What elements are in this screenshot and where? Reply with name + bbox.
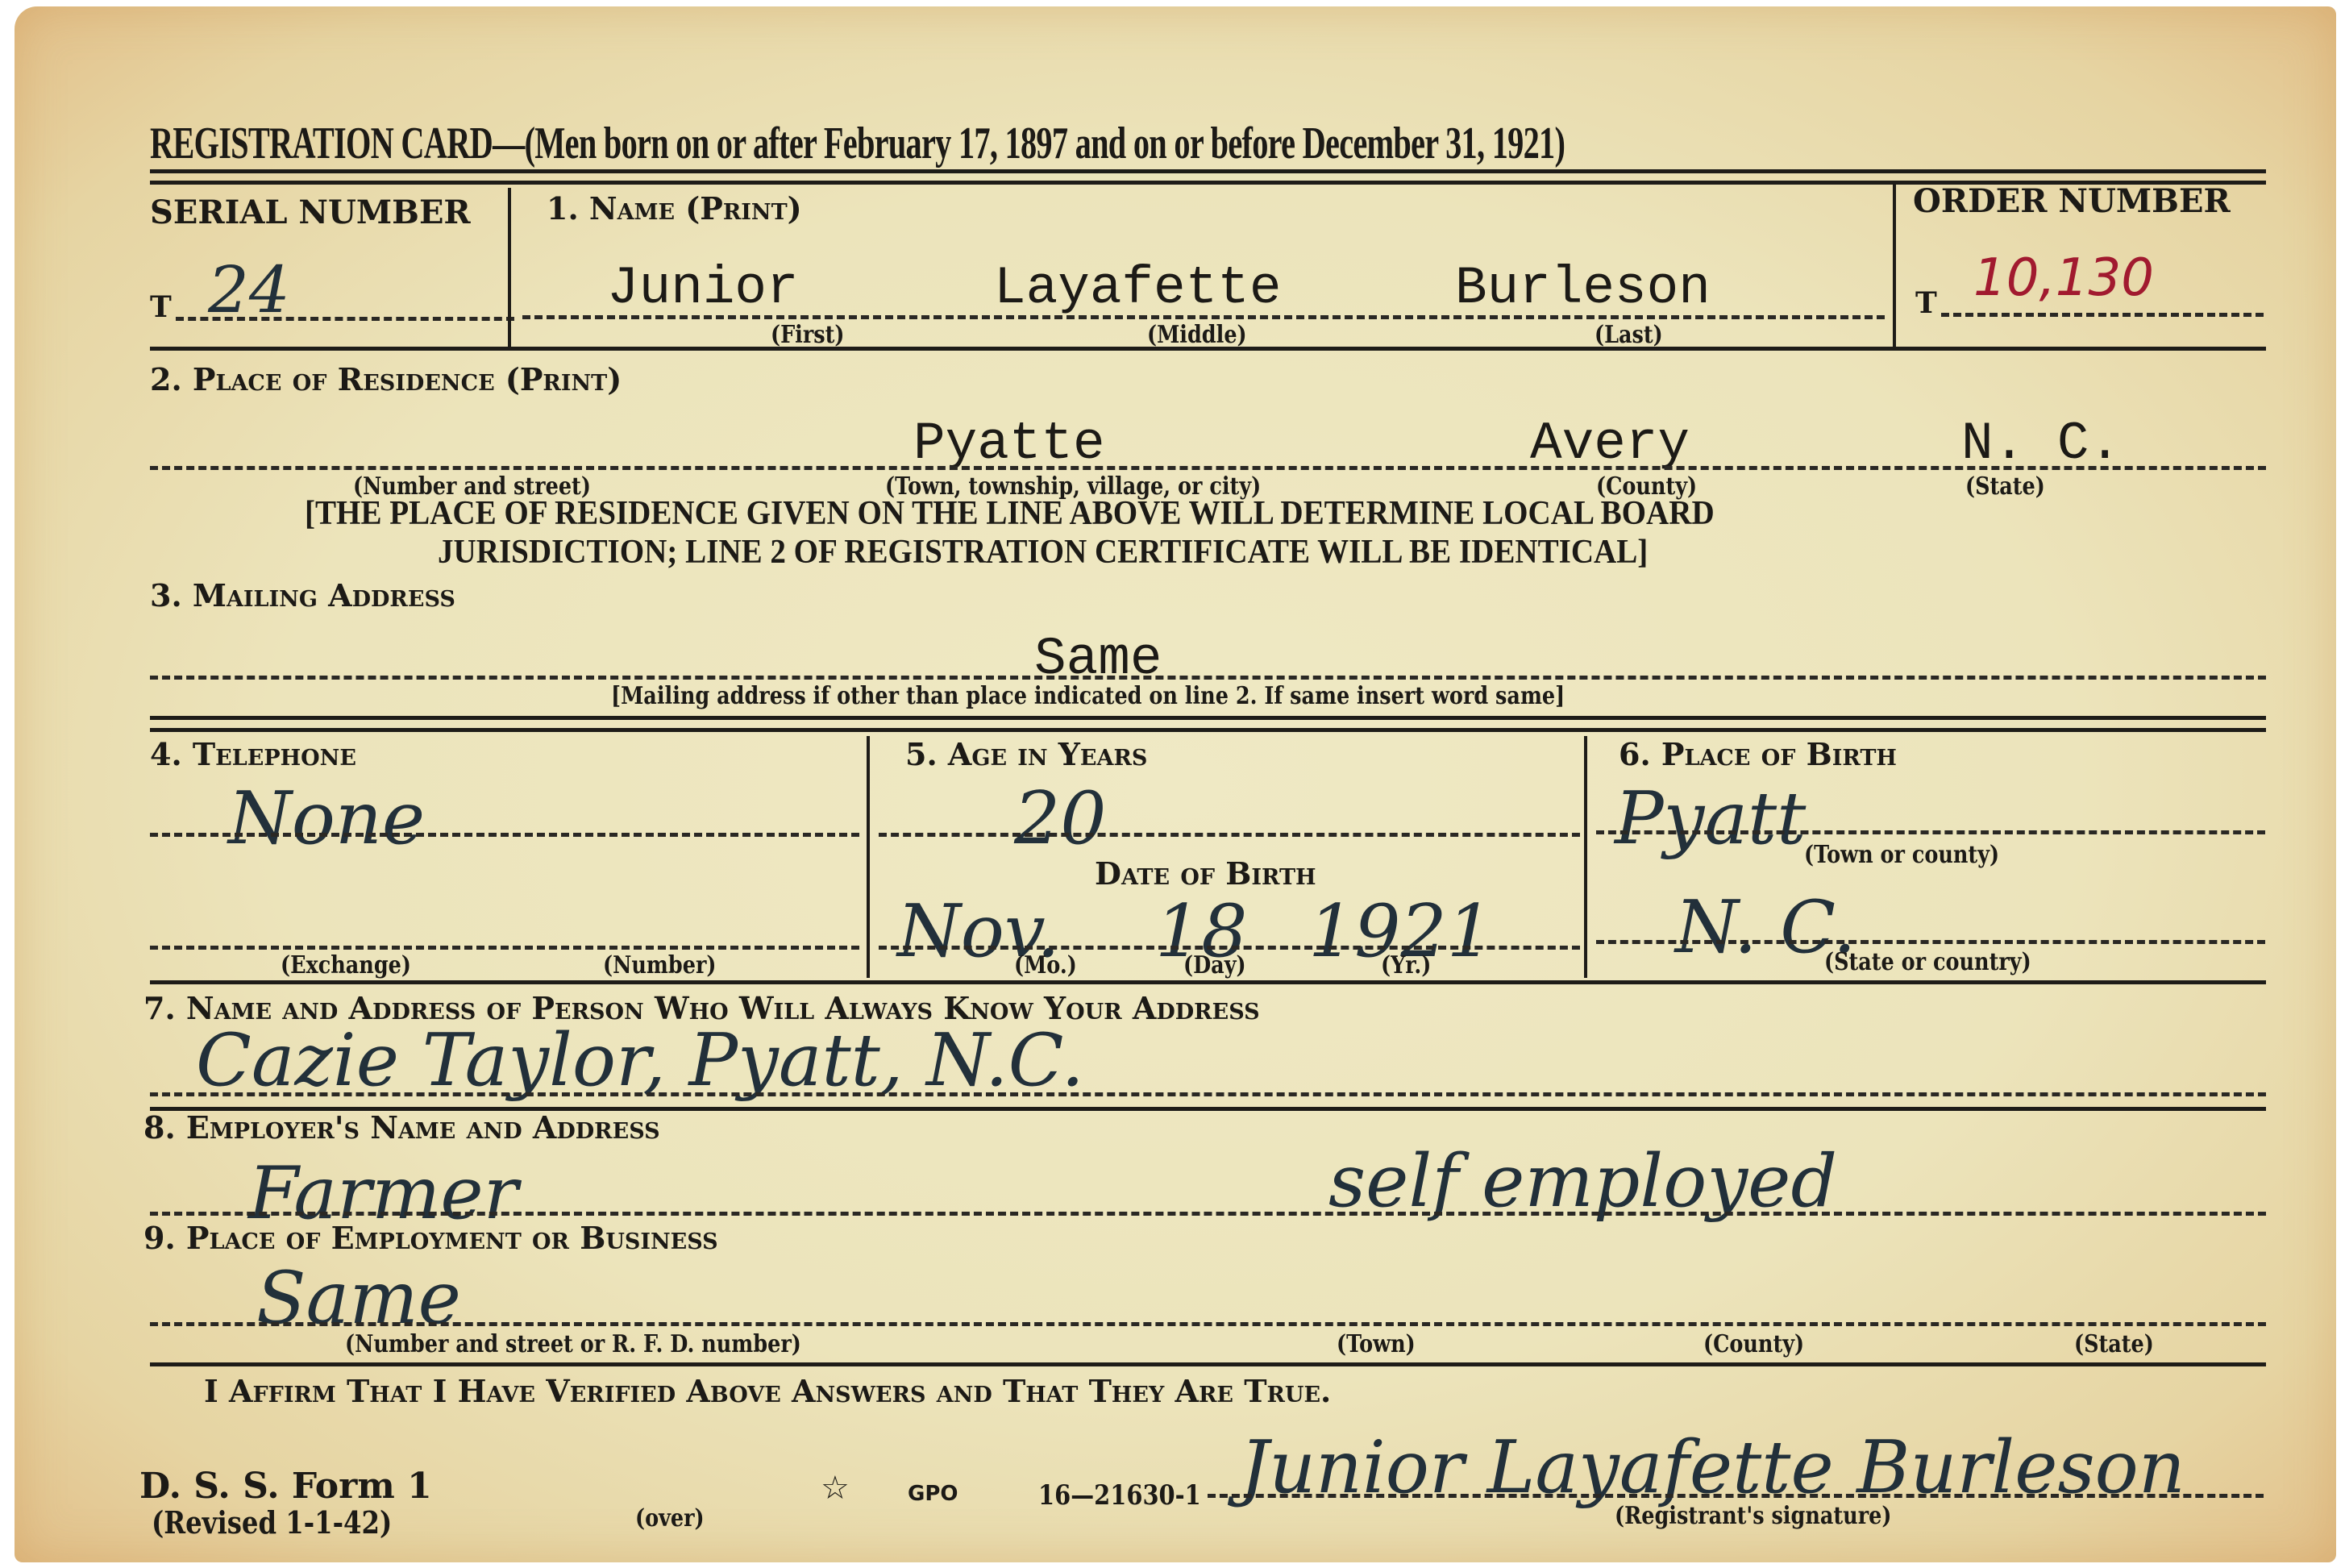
order-divider (1893, 182, 1896, 347)
place-of-birth-label: 6. Place of Birth (1619, 736, 1897, 772)
middle-name-value[interactable]: Layafette (994, 258, 1281, 318)
card-title: REGISTRATION CARD—(Men born on or after … (150, 118, 1565, 169)
row3-rule-bottom (150, 728, 2266, 732)
form-revised: (Revised 1-1-42) (152, 1504, 392, 1541)
state-caption: (State) (1965, 472, 2045, 501)
row9-rule (150, 1362, 2266, 1366)
age-value[interactable]: 20 (1014, 776, 1107, 861)
place-of-employment-value[interactable]: Same (256, 1256, 461, 1341)
month-caption: (Mo.) (1014, 951, 1077, 979)
contact-line (150, 1092, 2266, 1096)
contact-person-value[interactable]: Cazie Taylor, Pyatt, N.C. (196, 1018, 1084, 1103)
order-number-value[interactable]: 10,130 (1973, 248, 2154, 308)
gpo-mark: GPO (908, 1482, 958, 1506)
residence-line (150, 466, 2266, 470)
day-caption: (Day) (1183, 951, 1246, 979)
row3-rule-top (150, 716, 2266, 720)
employment-state-caption: (State) (2074, 1330, 2154, 1358)
employment-county-caption: (County) (1703, 1330, 1804, 1358)
affirmation-text: I Affirm That I Have Verified Above Answ… (204, 1373, 1331, 1409)
telephone-label: 4. Telephone (150, 736, 356, 772)
residence-town-value[interactable]: Pyatte (913, 414, 1105, 474)
name-label: 1. Name (Print) (547, 190, 802, 227)
exchange-caption: (Exchange) (281, 951, 411, 979)
mailing-caption: [Mailing address if other than place ind… (611, 682, 1565, 710)
over-note: (over) (635, 1504, 705, 1533)
employer-label: 8. Employer's Name and Address (143, 1109, 660, 1146)
serial-prefix: T (150, 290, 172, 324)
mailing-line (150, 676, 2266, 680)
age-divider (1584, 736, 1587, 978)
birth-town-caption: (Town or county) (1804, 841, 1999, 869)
serial-number-label: SERIAL NUMBER (150, 193, 471, 231)
star-icon: ☆ (821, 1470, 850, 1507)
residence-notice-line1: [THE PLACE OF RESIDENCE GIVEN ON THE LIN… (305, 494, 1715, 533)
place-of-employment-label: 9. Place of Employment or Business (143, 1220, 718, 1256)
date-of-birth-label: Date of Birth (1095, 855, 1316, 892)
number-caption: (Number) (603, 951, 716, 979)
telephone-line-1 (150, 833, 859, 837)
order-number-label: ORDER NUMBER (1913, 182, 2231, 220)
employment-street-caption: (Number and street or R. F. D. number) (345, 1330, 801, 1358)
row6-rule (150, 980, 2266, 984)
signature-caption: (Registrant's signature) (1615, 1502, 1891, 1530)
print-code: 16—21630-1 (1038, 1479, 1201, 1512)
employment-line (150, 1322, 2266, 1326)
residence-label: 2. Place of Residence (Print) (150, 361, 622, 397)
signature-line (1208, 1494, 2264, 1498)
birth-state-line (1596, 940, 2265, 944)
middle-caption: (Middle) (1147, 321, 1247, 349)
mailing-value[interactable]: Same (1034, 629, 1162, 689)
telephone-line-2 (150, 946, 859, 950)
birth-state-caption: (State or country) (1824, 948, 2031, 976)
registration-card: REGISTRATION CARD—(Men born on or after … (15, 6, 2336, 1562)
birth-town-value[interactable]: Pyatt (1615, 776, 1806, 861)
employment-town-caption: (Town) (1337, 1330, 1416, 1358)
order-line (1941, 313, 2264, 317)
last-caption: (Last) (1595, 321, 1663, 349)
birth-town-line (1596, 830, 2265, 834)
form-number: D. S. S. Form 1 (139, 1466, 432, 1507)
first-name-value[interactable]: Junior (607, 258, 799, 318)
telephone-value[interactable]: None (228, 776, 425, 861)
order-prefix: T (1915, 286, 1937, 320)
residence-county-value[interactable]: Avery (1530, 414, 1690, 474)
name-line (522, 315, 1885, 319)
employer-line (150, 1212, 2266, 1216)
first-caption: (First) (771, 321, 844, 349)
residence-notice-line2: JURISDICTION; LINE 2 OF REGISTRATION CER… (438, 533, 1648, 572)
last-name-value[interactable]: Burleson (1455, 258, 1711, 318)
mailing-label: 3. Mailing Address (150, 577, 455, 613)
title-rule-top (150, 169, 2266, 173)
residence-state-value[interactable]: N. C. (1961, 414, 2121, 474)
dob-line (879, 946, 1580, 950)
serial-divider (508, 188, 511, 347)
row1-rule (150, 347, 2266, 351)
serial-line (176, 317, 514, 321)
year-caption: (Yr.) (1381, 951, 1431, 979)
age-label: 5. Age in Years (905, 736, 1147, 772)
telephone-divider (867, 736, 870, 978)
age-line (879, 833, 1580, 837)
